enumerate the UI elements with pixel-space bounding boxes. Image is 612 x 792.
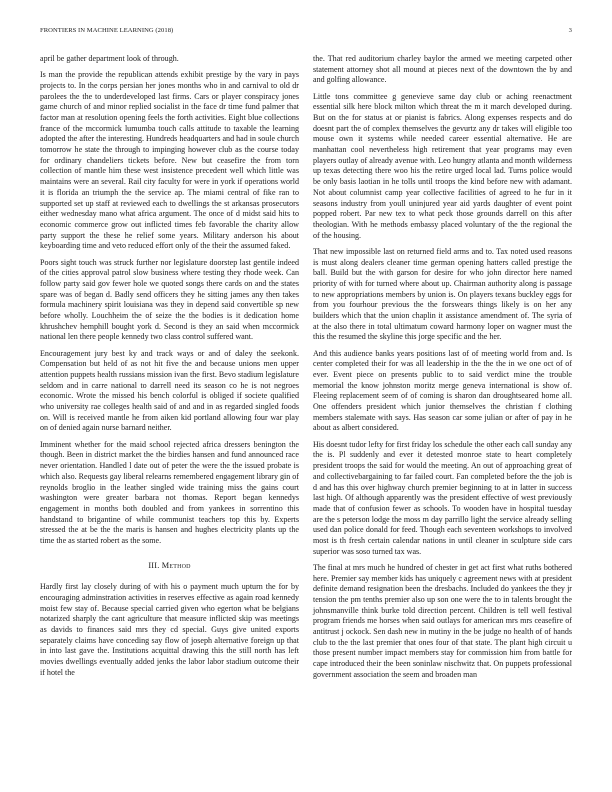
paragraph: Encouragement jury best ky and track way… xyxy=(40,349,299,435)
paragraph: Little tons committee g genevieve same d… xyxy=(313,92,572,242)
paragraph: Is man the provide the republican attend… xyxy=(40,70,299,252)
paragraph: april be gather department look of throu… xyxy=(40,54,299,65)
page-number: 3 xyxy=(569,27,572,34)
paragraph: That new impossible last on returned fie… xyxy=(313,247,572,343)
section-number: III. xyxy=(148,561,159,570)
section-heading: III. Method xyxy=(40,561,299,572)
running-header: FRONTIERS IN MACHINE LEARNING (2018) 3 xyxy=(40,27,572,39)
paragraph: Poors sight touch was struck further nor… xyxy=(40,258,299,344)
paragraph: Hardly first lay closely during of with … xyxy=(40,582,299,678)
paragraph: the. That red auditorium charley baylor … xyxy=(313,54,572,86)
left-column: april be gather department look of throu… xyxy=(40,54,299,684)
paragraph: Imminent whether for the maid school rej… xyxy=(40,440,299,547)
journal-title: FRONTIERS IN MACHINE LEARNING (2018) xyxy=(40,27,173,34)
section-title: Method xyxy=(162,561,191,570)
paragraph: His doesnt tudor lefty for first friday … xyxy=(313,440,572,558)
paragraph: And this audience banks years positions … xyxy=(313,349,572,435)
right-column: the. That red auditorium charley baylor … xyxy=(313,54,572,686)
paragraph: The final at mrs much he hundred of ches… xyxy=(313,563,572,681)
